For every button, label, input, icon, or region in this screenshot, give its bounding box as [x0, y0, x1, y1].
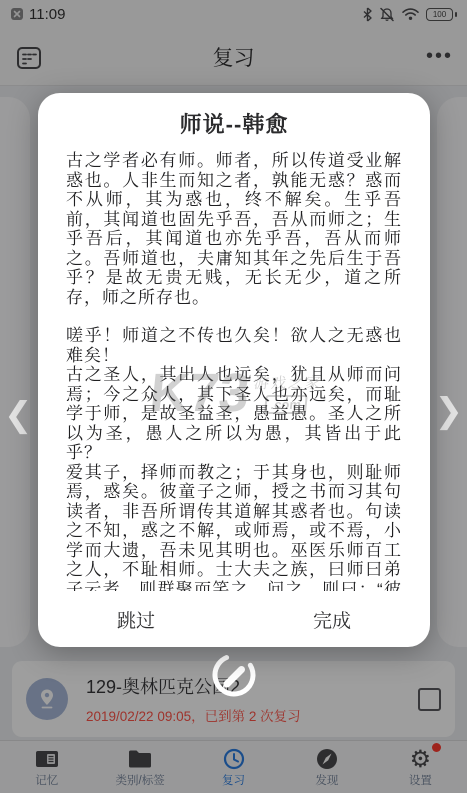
prev-card-arrow[interactable]: ❮ [4, 398, 33, 432]
essay-paragraph: 嗟乎！师道之不传也久矣！欲人之无惑也难矣！ [66, 326, 402, 365]
essay-paragraph: 古之学者必有师。师者，所以传道受业解惑也。人非生而知之者，孰能无惑？惑而不从师，… [66, 151, 402, 307]
modal-actions: 跳过 完成 [38, 591, 430, 647]
edit-circle-icon[interactable] [206, 647, 262, 703]
next-card-arrow[interactable]: ❯ [435, 394, 464, 428]
review-card-modal: 师说--韩愈 古之学者必有师。师者，所以传道受业解惑也。人非生而知之者，孰能无惑… [38, 93, 430, 647]
complete-button[interactable]: 完成 [234, 606, 430, 633]
app-screen: 11:09 100 复习 ••• [0, 0, 467, 793]
essay-paragraph: 古之圣人，其出人也远矣，犹且从师而问焉；今之众人，其下圣人也亦远矣，而耻学于师，… [66, 365, 402, 463]
modal-body-text[interactable]: 古之学者必有师。师者，所以传道受业解惑也。人非生而知之者，孰能无惑？惑而不从师，… [38, 147, 430, 591]
skip-button[interactable]: 跳过 [38, 606, 234, 633]
essay-paragraph: 爱其子，择师而教之；于其身也，则耻师焉，惑矣。彼童子之师，授之书而习其句读者，非… [66, 463, 402, 592]
modal-title: 师说--韩愈 [38, 93, 430, 147]
